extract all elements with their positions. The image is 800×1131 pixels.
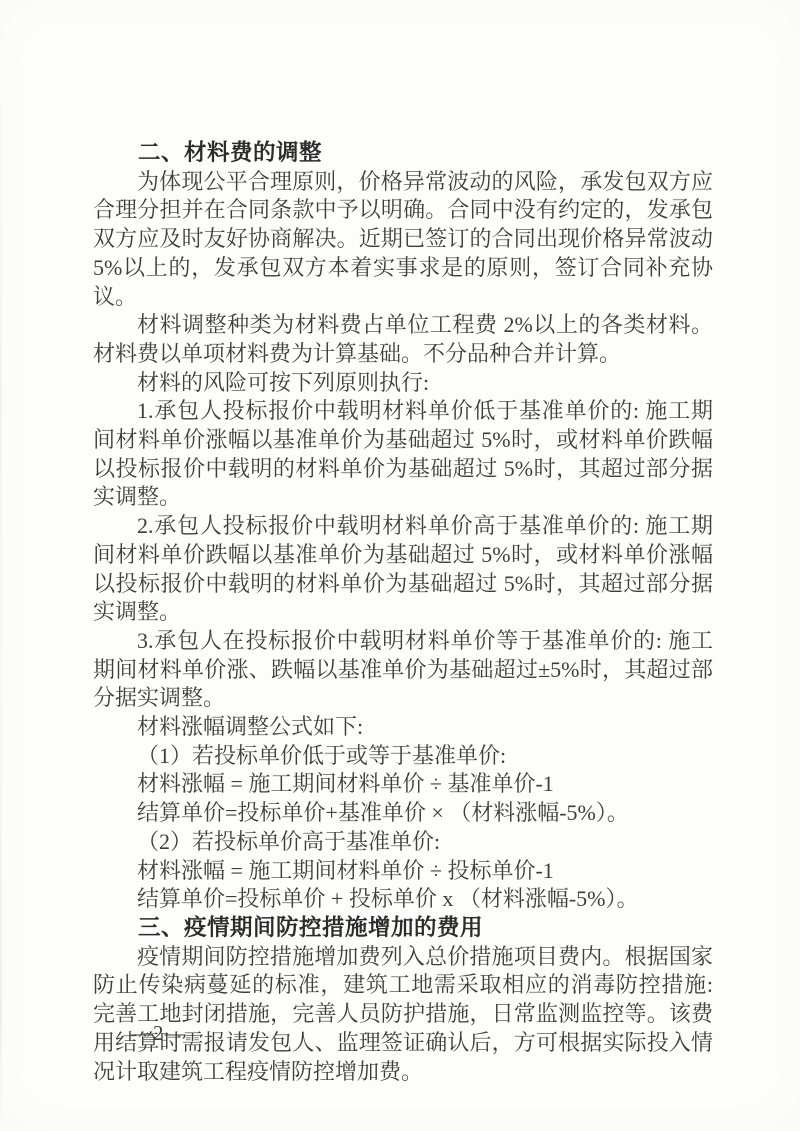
page-number: —2— <box>131 1021 187 1046</box>
section-2-heading: 二、材料费的调整 <box>93 139 713 168</box>
formula-case-2-settlement: 结算单价=投标单价 + 投标单价 x （材料涨幅-5%）。 <box>93 885 713 914</box>
paragraph-rule-1: 1.承包人投标报价中载明材料单价低于基准单价的: 施工期间材料单价涨幅以基准单价… <box>93 397 713 512</box>
paragraph-risk-principles-intro: 材料的风险可按下列原则执行: <box>93 369 713 398</box>
paragraph-adjustment-scope: 材料调整种类为材料费占单位工程费 2%以上的各类材料。材料费以单项材料费为计算基… <box>93 311 713 368</box>
document-page: 二、材料费的调整 为体现公平合理原则，价格异常波动的风险，承发包双方应合理分担并… <box>0 0 800 1131</box>
formula-case-1-increase: 材料涨幅 = 施工期间材料单价 ÷ 基准单价-1 <box>93 770 713 799</box>
formula-case-1-settlement: 结算单价=投标单价+基准单价 × （材料涨幅-5%）。 <box>93 799 713 828</box>
section-3-heading: 三、疫情期间防控措施增加的费用 <box>93 914 713 943</box>
paragraph-rule-3: 3.承包人在投标报价中载明材料单价等于基准单价的: 施工期间材料单价涨、跌幅以基… <box>93 627 713 713</box>
scan-edge-artifact <box>0 0 2 1131</box>
paragraph-case-1-title: （1）若投标单价低于或等于基准单价: <box>93 742 713 771</box>
paragraph-case-2-title: （2）若投标单价高于基准单价: <box>93 828 713 857</box>
paragraph-epidemic-measures: 疫情期间防控措施增加费列入总价措施项目费内。根据国家防止传染病蔓延的标准，建筑工… <box>93 943 713 1087</box>
paragraph-formula-intro: 材料涨幅调整公式如下: <box>93 713 713 742</box>
paragraph-risk-sharing: 为体现公平合理原则，价格异常波动的风险，承发包双方应合理分担并在合同条款中予以明… <box>93 168 713 312</box>
formula-case-2-increase: 材料涨幅 = 施工期间材料单价 ÷ 投标单价-1 <box>93 857 713 886</box>
document-body: 二、材料费的调整 为体现公平合理原则，价格异常波动的风险，承发包双方应合理分担并… <box>93 139 713 1086</box>
paragraph-rule-2: 2.承包人投标报价中载明材料单价高于基准单价的: 施工期间材料单价跌幅以基准单价… <box>93 512 713 627</box>
